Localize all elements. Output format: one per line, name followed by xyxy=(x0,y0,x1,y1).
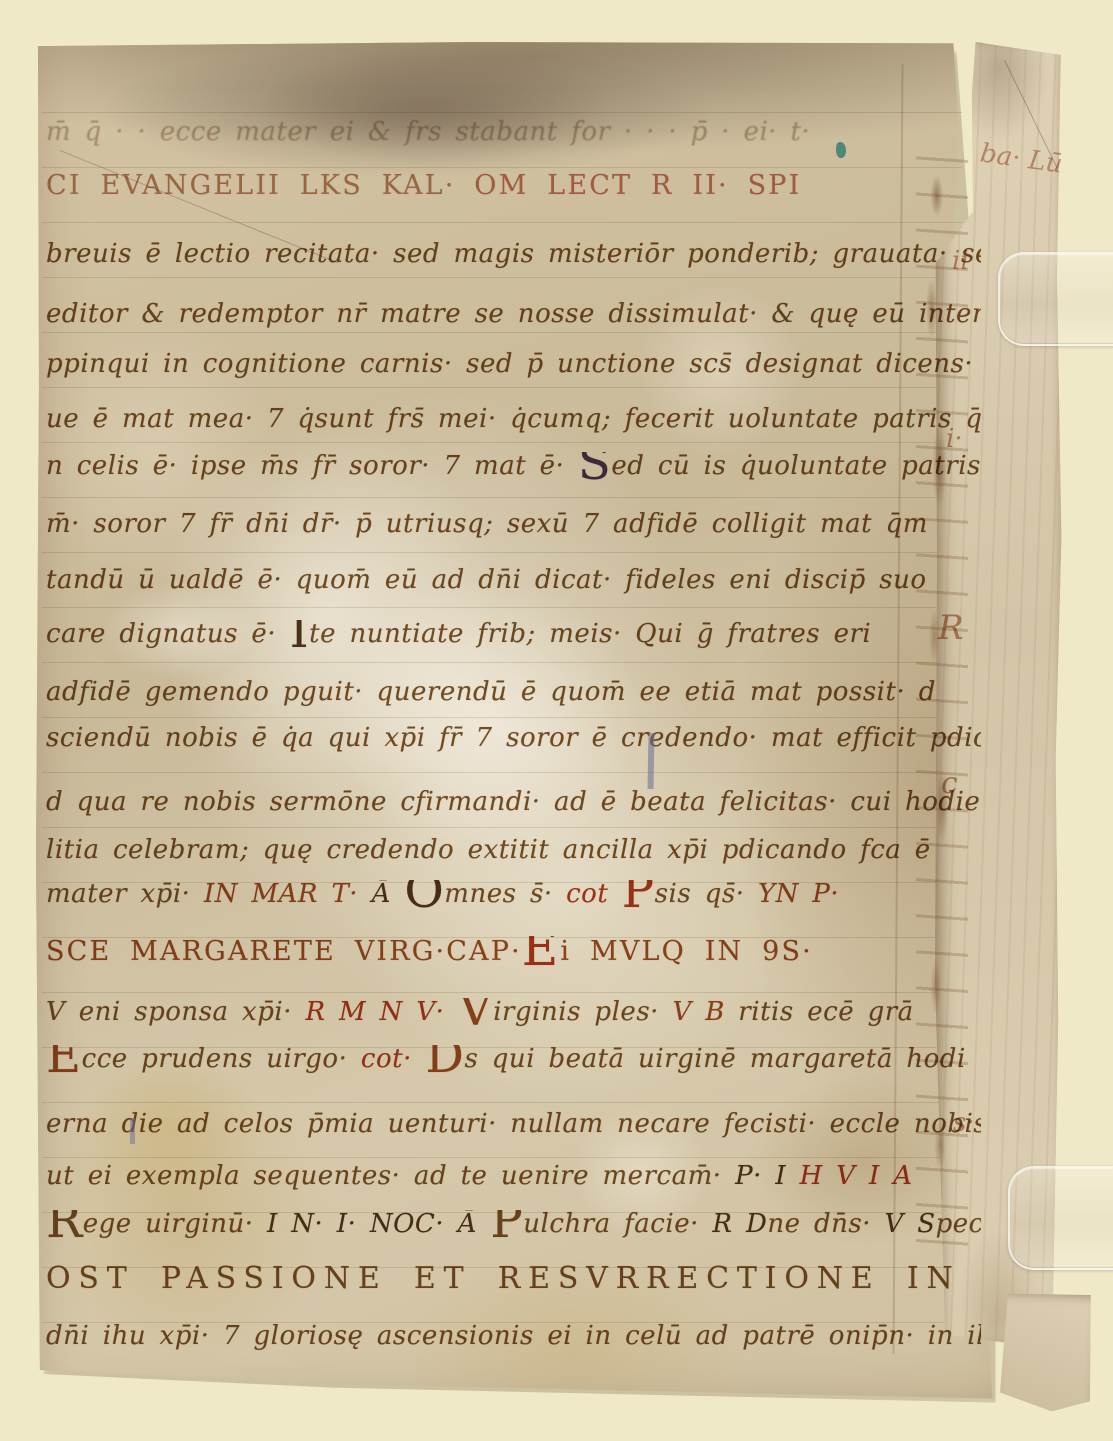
text-run: ege uirginū· xyxy=(83,1210,267,1239)
text-run: erna die ad celos p̄mia uenturi· nullam … xyxy=(46,1110,981,1139)
text-run: mnes s̄· xyxy=(444,880,566,909)
text-line: care dignatus ē· Ite nuntiate frib; meis… xyxy=(46,620,981,650)
text-run: adfidē gemendo pguit· querendū ē quom̄ e… xyxy=(46,678,936,707)
text-line: adfidē gemendo pguit· querendū ē quom̄ e… xyxy=(46,678,981,708)
text-run: m̄ q̄ · · ecce mater ei & frs stabant fo… xyxy=(46,118,810,147)
text-line: d qua re nobis sermōne cfirmandi· ad ē b… xyxy=(46,788,981,818)
text-run: ut ei exempla sequentes· ad te uenire me… xyxy=(46,1162,735,1191)
text-run: cot xyxy=(566,880,622,909)
text-run: editor & redemptor nr̄ matre se nosse di… xyxy=(46,300,981,329)
text-run: ed cū is q̇uoluntate patris f̄ xyxy=(611,452,981,481)
text-run: mater xp̄i· xyxy=(46,880,204,909)
text-run: IN MAR̄ T̄· xyxy=(204,880,372,909)
text-run: cce prudens uirgo· xyxy=(82,1045,361,1074)
text-line: CI EVANGELII LKS KAL· OM LECT R II· SPI xyxy=(46,170,981,201)
text-line: OST PASSIONE ET RESVRRECTIONE IN xyxy=(46,1262,981,1297)
text-line: editor & redemptor nr̄ matre se nosse di… xyxy=(46,300,981,330)
text-run: s qui beatā uirginē margaretā hodi xyxy=(464,1045,965,1074)
text-run: ppinqui in cognitione carnis· sed p̄ unc… xyxy=(46,350,981,379)
text-layer: m̄ q̄ · · ecce mater ei & frs stabant fo… xyxy=(0,0,1113,1441)
manuscript-photo: m̄ q̄ · · ecce mater ei & frs stabant fo… xyxy=(0,0,1113,1441)
text-run: Ā xyxy=(458,1210,491,1239)
text-run: dn̄i ih̄u xp̄i· 7 gloriosę ascensionis e… xyxy=(46,1322,981,1351)
ink-smudge-mark xyxy=(130,1118,135,1144)
mounting-clip-bottom xyxy=(1008,1166,1113,1270)
text-run: R D xyxy=(712,1210,767,1239)
text-run: m̄· soror 7 fr̄ dn̄i dr̄· p̄ utriusq; se… xyxy=(46,510,928,539)
text-run: I xyxy=(290,620,310,650)
text-line: Ecce prudens uirgo· cot· Ds qui beatā ui… xyxy=(46,1045,981,1075)
text-run: ne dn̄s· xyxy=(767,1210,884,1239)
bleed-mark: s· xyxy=(953,1108,975,1138)
text-line: ut ei exempla sequentes· ad te uenire me… xyxy=(46,1162,981,1192)
text-run: I N· I· NOC· xyxy=(267,1210,458,1239)
text-line: Rege uirginū· I N· I· NOC· Ā Pulchra fac… xyxy=(46,1210,981,1240)
text-run: ulchra facie· xyxy=(523,1210,712,1239)
bleed-mark: R xyxy=(938,608,964,648)
text-run: P xyxy=(490,1210,523,1240)
bleed-mark: i· xyxy=(946,424,963,454)
text-line: SCE MARGARETE VIRG·CAP·Ei MVLQ IN 9S· xyxy=(46,936,981,967)
text-line: sciendū nobis ē q̇a qui xp̄i fr̄ 7 soror… xyxy=(46,724,981,754)
text-run: YN̄ P· xyxy=(758,880,839,909)
text-run: V eni sponsa xp̄i· xyxy=(46,998,305,1027)
text-run: P xyxy=(622,880,655,910)
text-run: O xyxy=(404,880,444,910)
text-run: pecie tua xyxy=(936,1210,981,1239)
text-run: care dignatus ē· xyxy=(46,620,290,649)
text-run: Ā xyxy=(372,880,405,909)
bleed-mark: c xyxy=(941,766,958,801)
text-run: OM LECT R xyxy=(474,170,673,201)
text-run: V B xyxy=(672,998,738,1027)
text-run: n celis ē· ipse m̄s fr̄ soror· 7 mat̄ ē· xyxy=(46,452,578,481)
text-line: breuis ē lectio recitata· sed magis mist… xyxy=(46,240,981,270)
text-run: sis qs̄· xyxy=(655,880,758,909)
text-run: P· I xyxy=(735,1162,786,1191)
text-run: irginis ples· xyxy=(493,998,672,1027)
text-run: CI EVANGELII LKS KAL· xyxy=(46,170,474,201)
text-run: cot· xyxy=(361,1045,425,1074)
text-line: m̄· soror 7 fr̄ dn̄i dr̄· p̄ utriusq; se… xyxy=(46,510,981,540)
text-line: erna die ad celos p̄mia uenturi· nullam … xyxy=(46,1110,981,1140)
text-run: breuis ē lectio recitata· sed magis mist… xyxy=(46,240,981,269)
text-run: E xyxy=(522,936,561,967)
text-run: OST PASSIONE ET RESVRRECTIONE IN xyxy=(46,1262,961,1296)
text-run: SCE MARGARETE VIRG·CAP· xyxy=(46,936,522,967)
text-line: ppinqui in cognitione carnis· sed p̄ unc… xyxy=(46,350,981,380)
text-line: mater xp̄i· IN MAR̄ T̄· Ā Omnes s̄· cot … xyxy=(46,880,981,910)
text-line: litia celebram; quę credendo extitit anc… xyxy=(46,836,981,866)
text-line: tandū ū ualdē ē· quom̄ eū ad dn̄i dicat·… xyxy=(46,566,981,596)
text-run: R xyxy=(46,1210,83,1240)
text-run: litia celebram; quę credendo extitit anc… xyxy=(46,836,931,865)
text-line: V eni sponsa xp̄i· R M N V· Virginis ple… xyxy=(46,998,981,1028)
text-run: ue ē mat̄ mea· 7 q̇sunt frs̄ mei· q̇cumq… xyxy=(46,405,981,434)
text-run: E xyxy=(46,1045,82,1075)
text-run: d qua re nobis sermōne cfirmandi· ad ē b… xyxy=(46,788,981,817)
text-run: II· SPI xyxy=(674,170,802,201)
text-run: V xyxy=(458,998,493,1028)
pigment-speck xyxy=(836,142,846,158)
text-run: ritis ecē grā xyxy=(738,998,913,1027)
text-line: dn̄i ih̄u xp̄i· 7 gloriosę ascensionis e… xyxy=(46,1322,981,1352)
text-line: ue ē mat̄ mea· 7 q̇sunt frs̄ mei· q̇cumq… xyxy=(46,405,981,435)
ink-smudge-mark xyxy=(648,733,655,789)
text-run: D xyxy=(425,1045,464,1075)
bleed-mark: ii xyxy=(952,246,969,276)
text-run: sciendū nobis ē q̇a qui xp̄i fr̄ 7 soror… xyxy=(46,724,981,753)
mounting-clip-top xyxy=(998,252,1113,346)
text-run: i MVLQ IN 9S· xyxy=(560,936,813,967)
text-run: V S xyxy=(885,1210,936,1239)
text-run: tandū ū ualdē ē· quom̄ eū ad dn̄i dicat·… xyxy=(46,566,927,595)
text-run: H V I A xyxy=(786,1162,912,1191)
text-run: S xyxy=(578,452,611,482)
text-run: te nuntiate frib; meis· Qui ḡ fratres e… xyxy=(309,620,871,649)
text-line: n celis ē· ipse m̄s fr̄ soror· 7 mat̄ ē·… xyxy=(46,452,981,482)
text-run: R M N V· xyxy=(305,998,457,1027)
